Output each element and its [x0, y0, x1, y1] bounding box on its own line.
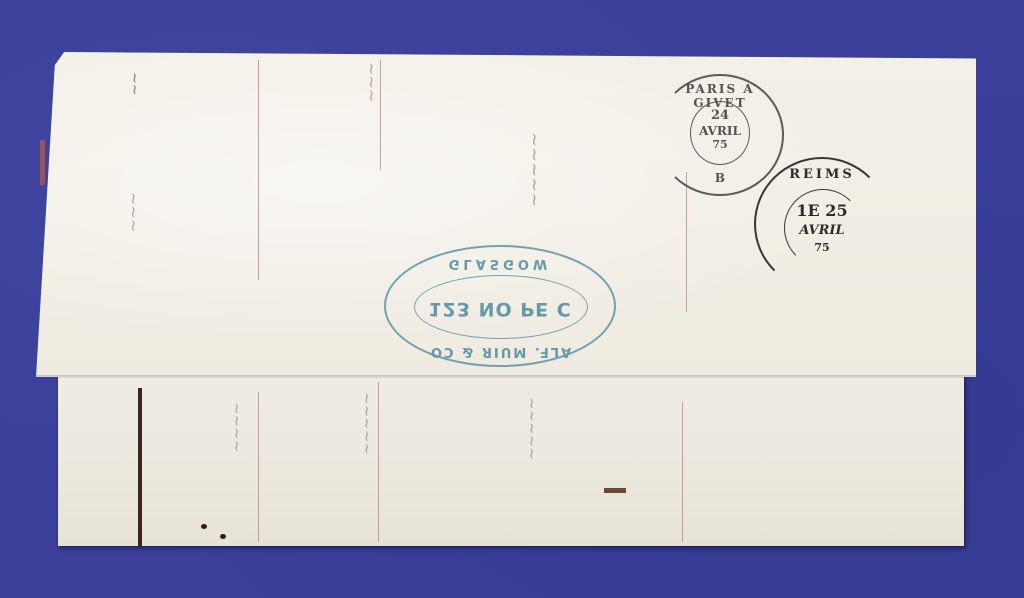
postmark-day: 1E 25	[756, 201, 888, 220]
fold-shadow	[36, 375, 976, 379]
ruled-line	[682, 402, 683, 542]
ruled-line	[378, 382, 379, 542]
handwriting: ~~~~~	[523, 397, 541, 460]
ruled-line	[258, 392, 259, 542]
handwriting: ~~~	[362, 62, 381, 102]
ruled-line	[686, 172, 687, 312]
postmark-arc-text: PARIS A GIVET	[658, 82, 782, 110]
postmark-month: AVRIL	[658, 124, 782, 138]
postmark-day: 24	[658, 108, 782, 123]
handwriting: ~~~~	[228, 402, 246, 452]
handwriting: ~~~	[124, 192, 143, 232]
handwriting: ~~	[126, 72, 142, 95]
cachet-bottom-text: ALF. MUIR & CO	[386, 344, 614, 359]
handwriting: ~~~~~	[524, 132, 545, 207]
ink-dot	[201, 524, 207, 529]
ruled-line	[258, 60, 259, 280]
postmark-year: 75	[756, 241, 888, 254]
postmark-year: 75	[658, 138, 782, 151]
postmark-month: AVRIL	[756, 223, 888, 238]
ink-stroke	[138, 388, 142, 546]
cachet-center-text: 123 NO PE C	[386, 298, 614, 320]
ink-dot	[220, 534, 226, 539]
postmark-reims: REIMS 1E 25 AVRIL 75	[754, 157, 890, 291]
letter-lower-panel: ~~~~ ~~~~~ ~~~~~	[58, 372, 964, 546]
handwriting: ~~~~~	[358, 392, 376, 455]
postmark-arc-text: REIMS	[756, 167, 888, 182]
cachet-top-text: GLASGOW	[386, 256, 614, 271]
red-ink-mark	[40, 140, 45, 185]
glasgow-oval-cachet: ALF. MUIR & CO 123 NO PE C GLASGOW	[384, 245, 616, 367]
ink-blot	[604, 488, 626, 493]
